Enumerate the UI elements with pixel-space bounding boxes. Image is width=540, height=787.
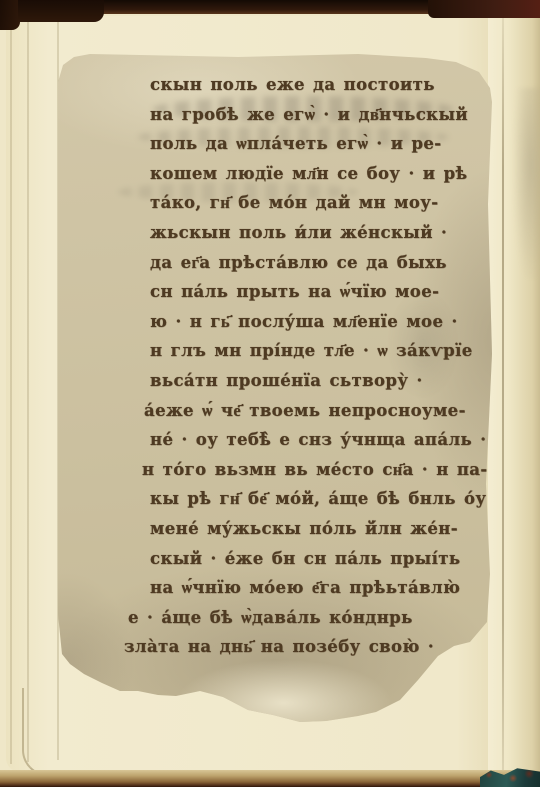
manuscript-line: на ѡ́чнїю мо́ею е҃га прѣьта́влю̀ <box>150 573 486 603</box>
manuscript-line: не́ · оу тебѣ̀ е снз у́чнща апа́ль · <box>150 425 486 455</box>
manuscript-line: мене́ му́жьскы по́ль й́лн же́н- <box>150 514 486 544</box>
book-binding-corner <box>18 0 104 22</box>
manuscript-line: та́ко, гн҃ бе мо́н дай мн моу- <box>150 188 486 218</box>
page-edge-line <box>10 12 12 764</box>
manuscript-line: кы рѣ гн҃ бе҃ мо́й, а́ще бѣ бнль о́у <box>150 484 486 514</box>
book-binding-corner <box>428 0 540 18</box>
manuscript-line: скый · е́же бн сн па́ль прыі́ть <box>150 544 486 574</box>
manuscript-line: н глъ мн прі́нде тл҃е · ѡ за́кѵрїе <box>150 336 486 366</box>
manuscript-leaf: скын поль еже да постоитьна гробѣ же егѡ… <box>58 54 492 730</box>
manuscript-line: скын поль еже да постоить <box>150 70 486 100</box>
manuscript-photo: скын поль еже да постоитьна гробѣ же егѡ… <box>0 0 540 787</box>
age-stain <box>514 88 540 278</box>
manuscript-line: зла̀та на днь҃ на позе́бу свою̀ · <box>124 632 486 662</box>
page-crease <box>502 18 504 770</box>
manuscript-line: поль да ѡпла́четь егѡ̀ · и ре- <box>150 129 486 159</box>
manuscript-line: ю · н гь҃ послу́ша мл҃енїе мое · <box>150 307 486 337</box>
manuscript-line: на гробѣ же егѡ̀ · и дв҃нчьскый <box>150 100 486 130</box>
manuscript-line: сн па́ль прыть на ѡ́чїю мое- <box>150 277 486 307</box>
manuscript-line: а́еже ѡ́ че҃ твоемь непросноуме- <box>144 396 486 426</box>
book-binding-bottom <box>0 770 540 787</box>
manuscript-line: да ег҃а прѣста́влю се да быхь <box>150 248 486 278</box>
manuscript-line: вьса́тн проше́нїа сьтвору̀ · <box>150 366 486 396</box>
manuscript-line: кошем людїе мл҃н се боу · и рѣ <box>150 159 486 189</box>
book-binding-corner <box>0 0 20 30</box>
manuscript-line: е · а́ще бѣ ѡ̀дава́ль ко́нднрь <box>128 603 486 633</box>
page-edge-line <box>27 14 29 762</box>
manuscript-text: скын поль еже да постоитьна гробѣ же егѡ… <box>150 70 486 662</box>
manuscript-line: жьскын поль и́ли же́нскый · <box>150 218 486 248</box>
manuscript-line: н то́го вьзмн вь ме́сто сн҃а · н па- <box>142 455 486 485</box>
